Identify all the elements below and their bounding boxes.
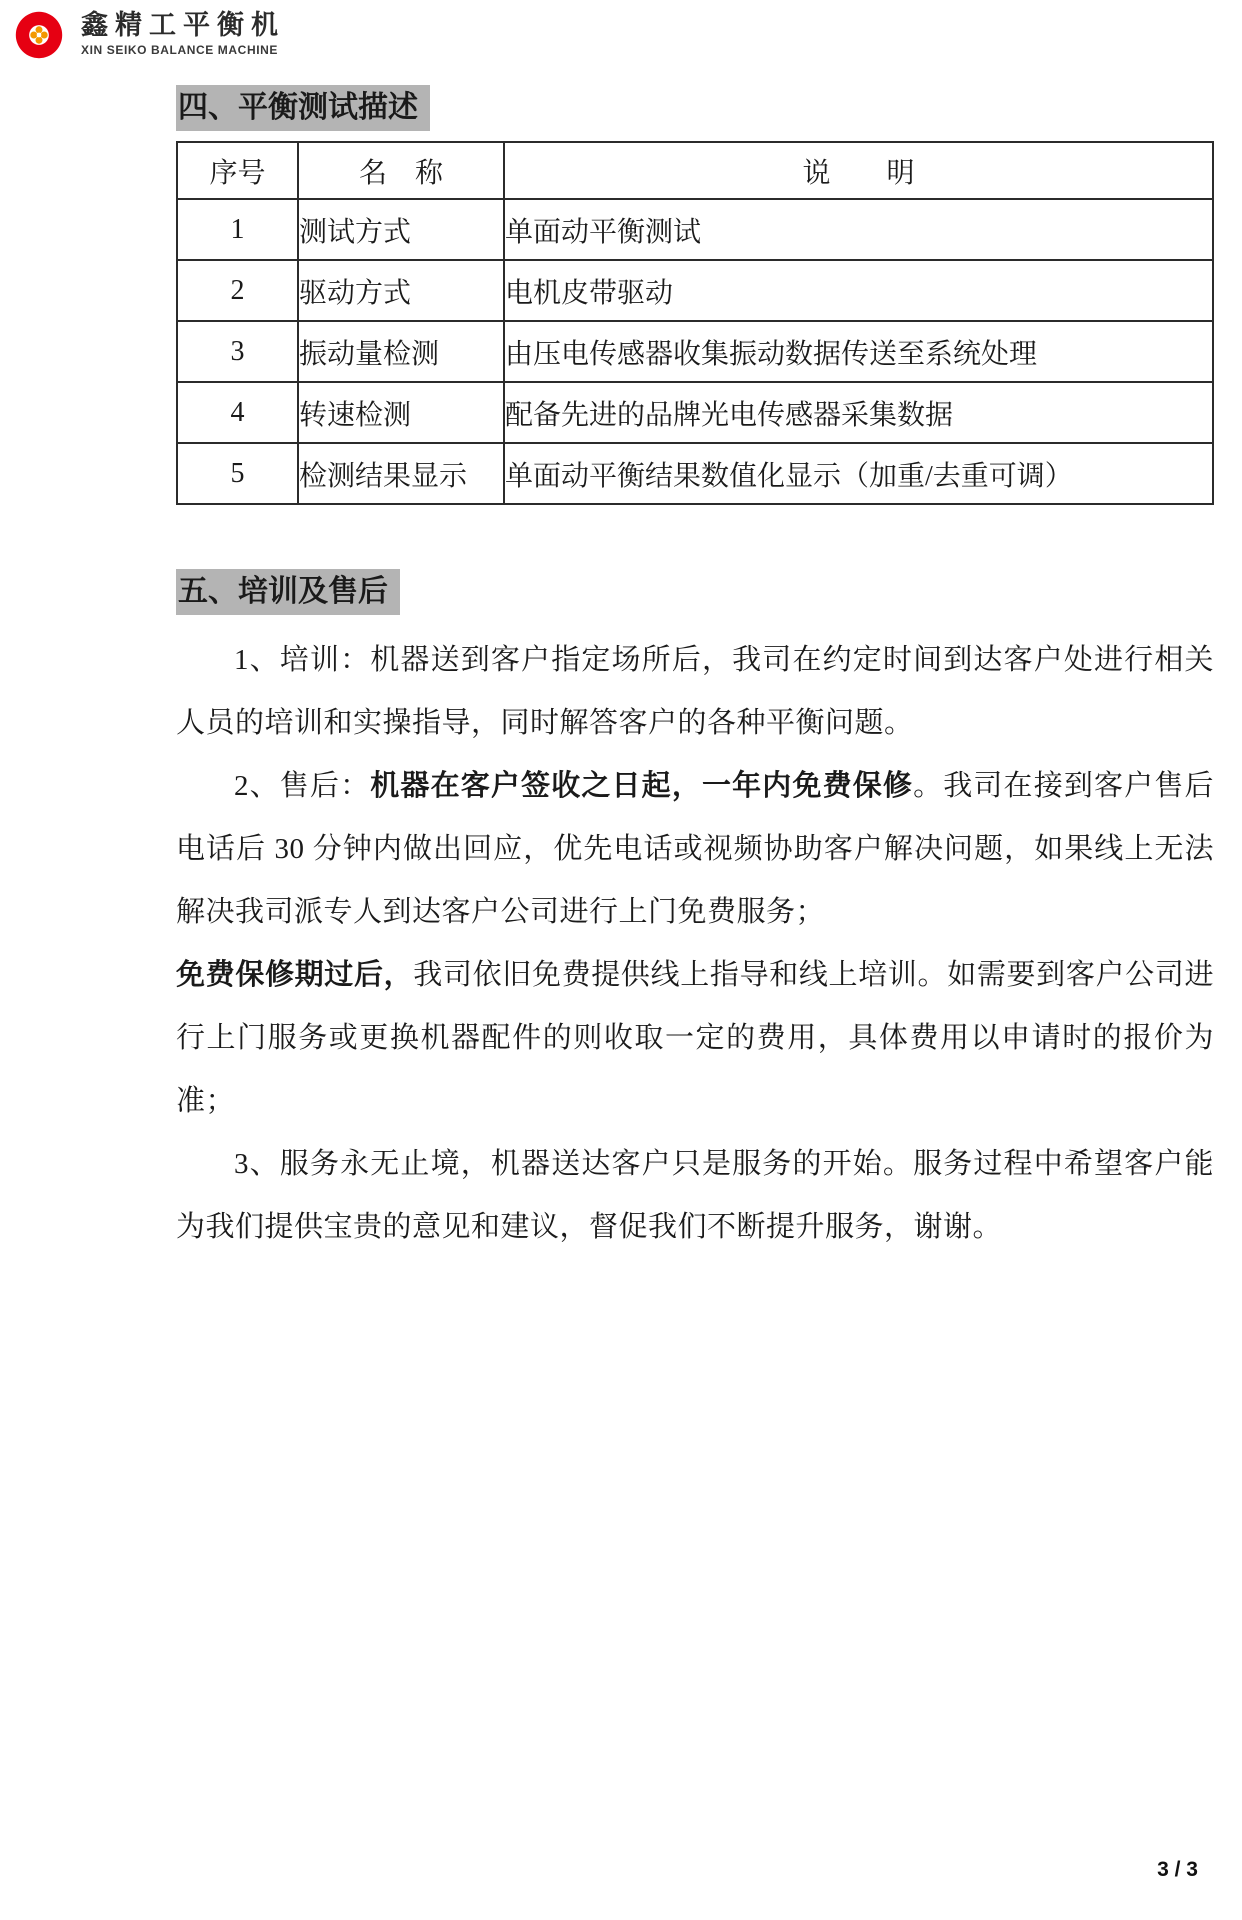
- service-spirit-body: 3、服务永无止境，机器送达客户只是服务的开始。服务过程中希望客户能为我们提供宝贵…: [176, 1148, 1214, 1243]
- cell-desc: 电机皮带驱动: [504, 260, 1213, 321]
- column-header-name: 名 称: [298, 142, 504, 199]
- logo-text: 鑫精工平衡机 XIN SEIKO BALANCE MACHINE: [81, 6, 285, 57]
- cell-name: 转速检测: [298, 382, 504, 443]
- cell-desc: 单面动平衡测试: [504, 199, 1213, 260]
- brand-name-english: XIN SEIKO BALANCE MACHINE: [81, 43, 285, 57]
- table-row: 3 振动量检测 由压电传感器收集振动数据传送至系统处理: [177, 321, 1213, 382]
- pinwheel-logo-icon: [10, 6, 68, 64]
- paragraph-post-warranty: 免费保修期过后，我司依旧免费提供线上指导和线上培训。如需要到客户公司进行上门服务…: [176, 944, 1214, 1133]
- after-sales-prefix: 2、售后：: [234, 770, 370, 802]
- paragraph-service-spirit: 3、服务永无止境，机器送达客户只是服务的开始。服务过程中希望客户能为我们提供宝贵…: [176, 1133, 1214, 1259]
- table-row: 1 测试方式 单面动平衡测试: [177, 199, 1213, 260]
- column-header-no: 序号: [177, 142, 298, 199]
- cell-no: 5: [177, 443, 298, 504]
- cell-no: 4: [177, 382, 298, 443]
- section-heading-training-aftersales: 五、培训及售后: [176, 569, 400, 615]
- brand-name-chinese: 鑫精工平衡机: [81, 10, 285, 40]
- cell-no: 2: [177, 260, 298, 321]
- cell-no: 3: [177, 321, 298, 382]
- page-number: 3 / 3: [1157, 1858, 1198, 1882]
- balance-test-table: 序号 名 称 说 明 1 测试方式 单面动平衡测试 2 驱动方式 电机皮带驱动 …: [176, 141, 1214, 505]
- table-row: 2 驱动方式 电机皮带驱动: [177, 260, 1213, 321]
- training-prefix: 1、培训：: [234, 644, 370, 676]
- after-sales-warranty-bold: 机器在客户签收之日起，一年内免费保修: [370, 770, 913, 802]
- cell-no: 1: [177, 199, 298, 260]
- paragraph-after-sales: 2、售后：机器在客户签收之日起，一年内免费保修。我司在接到客户售后电话后 30 …: [176, 755, 1214, 944]
- cell-name: 驱动方式: [298, 260, 504, 321]
- cell-desc: 由压电传感器收集振动数据传送至系统处理: [504, 321, 1213, 382]
- table-row: 4 转速检测 配备先进的品牌光电传感器采集数据: [177, 382, 1213, 443]
- document-content: 四、平衡测试描述 序号 名 称 说 明 1 测试方式 单面动平衡测试 2 驱动方: [176, 85, 1214, 1259]
- cell-desc: 配备先进的品牌光电传感器采集数据: [504, 382, 1213, 443]
- cell-name: 振动量检测: [298, 321, 504, 382]
- section-heading-balance-test: 四、平衡测试描述: [176, 85, 430, 131]
- column-header-desc: 说 明: [504, 142, 1213, 199]
- logo: 鑫精工平衡机 XIN SEIKO BALANCE MACHINE: [10, 6, 285, 64]
- table-row: 5 检测结果显示 单面动平衡结果数值化显示（加重/去重可调）: [177, 443, 1213, 504]
- document-page: 鑫精工平衡机 XIN SEIKO BALANCE MACHINE 四、平衡测试描…: [0, 0, 1242, 1920]
- cell-desc: 单面动平衡结果数值化显示（加重/去重可调）: [504, 443, 1213, 504]
- service-paragraphs: 1、培训：机器送到客户指定场所后，我司在约定时间到达客户处进行相关人员的培训和实…: [176, 629, 1214, 1259]
- post-warranty-bold: 免费保修期过后，: [176, 959, 413, 991]
- paragraph-training: 1、培训：机器送到客户指定场所后，我司在约定时间到达客户处进行相关人员的培训和实…: [176, 629, 1214, 755]
- table-header-row: 序号 名 称 说 明: [177, 142, 1213, 199]
- cell-name: 检测结果显示: [298, 443, 504, 504]
- cell-name: 测试方式: [298, 199, 504, 260]
